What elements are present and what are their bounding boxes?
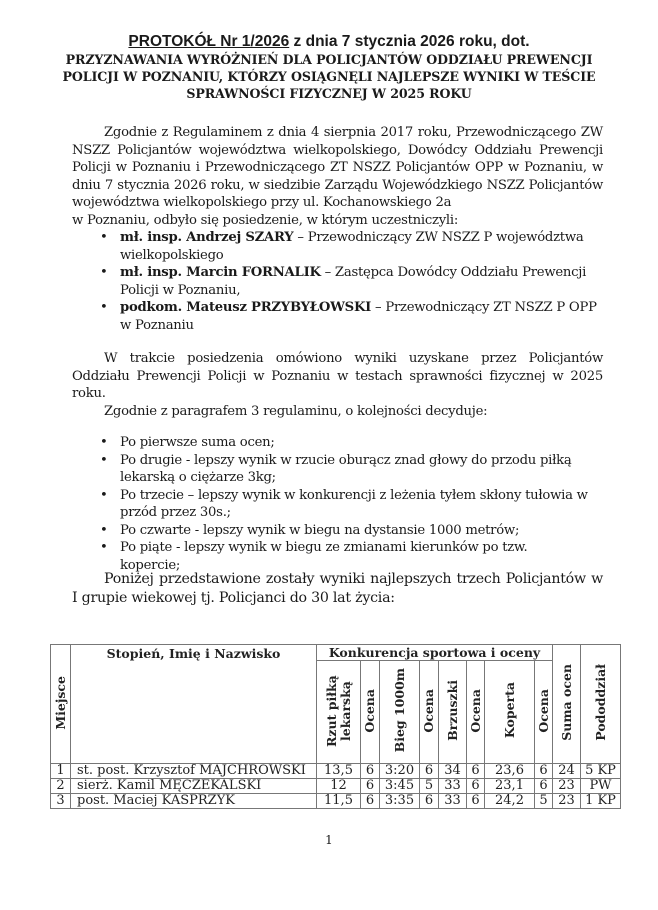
- cell-envelope-grade: 6: [535, 779, 553, 794]
- cell-name: post. Maciej KASPRZYK: [71, 794, 317, 809]
- criteria-item: •Po pierwsze suma ocen;: [100, 434, 588, 452]
- header-sum-label: Suma ocen: [560, 664, 574, 741]
- cell-situps: 33: [439, 794, 467, 809]
- criteria-text: Po piąte - lepszy wynik w biegu ze zmian…: [120, 540, 527, 573]
- bullet-icon: •: [100, 264, 108, 282]
- bullet-icon: •: [100, 539, 108, 557]
- criteria-text: Po trzecie – lepszy wynik w konkurencji …: [120, 488, 588, 521]
- criteria-text: Po pierwsze suma ocen;: [120, 435, 275, 450]
- cell-run: 3:20: [380, 764, 420, 779]
- cell-run-grade: 5: [420, 779, 439, 794]
- participant-name: mł. insp. Andrzej SZARY: [120, 230, 293, 245]
- page-number: 1: [0, 833, 658, 847]
- cell-place: 1: [51, 764, 71, 779]
- results-table: Miejsce Stopień, Imię i Nazwisko Konkure…: [50, 644, 621, 809]
- cell-situps-grade: 6: [467, 764, 485, 779]
- cell-run-grade: 6: [420, 764, 439, 779]
- subtitle-line: SPRAWNOŚCI FIZYCZNEJ W 2025 ROKU: [0, 85, 658, 102]
- participant-name: mł. insp. Marcin FORNALIK: [120, 265, 321, 280]
- header-run: Bieg 1000m: [380, 661, 420, 764]
- discussion-text: W trakcie posiedzenia omówiono wyniki uz…: [72, 351, 603, 401]
- header-ball-label: Rzut piłką lekarską: [325, 671, 353, 751]
- criteria-intro-text: Zgodnie z paragrafem 3 regulaminu, o kol…: [104, 404, 487, 419]
- protocol-number: PROTOKÓŁ Nr 1/2026: [128, 33, 289, 50]
- header-situps-label: Brzuszki: [446, 680, 460, 741]
- header-grade-label: Ocena: [422, 689, 436, 733]
- cell-envelope: 23,6: [485, 764, 535, 779]
- cell-unit: 5 KP: [581, 764, 621, 779]
- results-intro: Poniżej przedstawione zostały wyniki naj…: [72, 570, 603, 608]
- cell-unit: PW: [581, 779, 621, 794]
- header-run-label: Bieg 1000m: [393, 668, 407, 752]
- discussion-paragraph: W trakcie posiedzenia omówiono wyniki uz…: [72, 350, 603, 403]
- criteria-intro: Zgodnie z paragrafem 3 regulaminu, o kol…: [72, 403, 603, 421]
- subtitle-line: POLICJI W POZNANIU, KTÓRZY OSIĄGNĘLI NAJ…: [0, 68, 658, 85]
- protocol-date: z dnia 7 stycznia 2026 roku, dot.: [289, 33, 529, 50]
- header-grade: Ocena: [361, 661, 380, 764]
- header-sum: Suma ocen: [553, 645, 581, 764]
- header-unit: Pododdział: [581, 645, 621, 764]
- cell-envelope: 24,2: [485, 794, 535, 809]
- criteria-text: Po drugie - lepszy wynik w rzucie oburąc…: [120, 453, 572, 486]
- bullet-icon: •: [100, 522, 108, 540]
- participant-item: •mł. insp. Marcin FORNALIK – Zastępca Do…: [100, 264, 600, 299]
- cell-situps: 34: [439, 764, 467, 779]
- cell-run: 3:45: [380, 779, 420, 794]
- cell-sum: 24: [553, 764, 581, 779]
- criteria-list: •Po pierwsze suma ocen; •Po drugie - lep…: [100, 434, 588, 574]
- header-envelope-label: Koperta: [503, 682, 517, 738]
- bullet-icon: •: [100, 487, 108, 505]
- participant-item: •mł. insp. Andrzej SZARY – Przewodnicząc…: [100, 229, 600, 264]
- participants-list: •mł. insp. Andrzej SZARY – Przewodnicząc…: [100, 229, 600, 334]
- cell-situps-grade: 6: [467, 794, 485, 809]
- subtitle-line: PRZYZNAWANIA WYRÓŻNIEŃ DLA POLICJANTÓW O…: [0, 51, 658, 68]
- header-place-label: Miejsce: [54, 676, 68, 730]
- cell-situps: 33: [439, 779, 467, 794]
- header-group: Konkurencja sportowa i oceny: [317, 645, 553, 661]
- cell-envelope: 23,1: [485, 779, 535, 794]
- cell-situps-grade: 6: [467, 779, 485, 794]
- intro-last-line: w Poznaniu, odbyło się posiedzenie, w kt…: [72, 212, 603, 230]
- header-envelope: Koperta: [485, 661, 535, 764]
- cell-sum: 23: [553, 779, 581, 794]
- participant-name: podkom. Mateusz PRZYBYŁOWSKI: [120, 300, 371, 315]
- results-intro-text: Poniżej przedstawione zostały wyniki naj…: [72, 571, 603, 606]
- header-grade-label: Ocena: [537, 689, 551, 733]
- document-title: PROTOKÓŁ Nr 1/2026 z dnia 7 stycznia 202…: [0, 33, 658, 102]
- participant-item: •podkom. Mateusz PRZYBYŁOWSKI – Przewodn…: [100, 299, 600, 334]
- bullet-icon: •: [100, 452, 108, 470]
- header-grade-label: Ocena: [469, 689, 483, 733]
- header-grade-label: Ocena: [363, 689, 377, 733]
- criteria-item: •Po czwarte - lepszy wynik w biegu na dy…: [100, 522, 588, 540]
- table-row: 3post. Maciej KASPRZYK11,563:35633624,25…: [51, 794, 621, 809]
- cell-place: 2: [51, 779, 71, 794]
- cell-run: 3:35: [380, 794, 420, 809]
- cell-ball: 11,5: [317, 794, 361, 809]
- intro-text: Zgodnie z Regulaminem z dnia 4 sierpnia …: [72, 125, 603, 210]
- criteria-item: •Po trzecie – lepszy wynik w konkurencji…: [100, 487, 588, 522]
- bullet-icon: •: [100, 434, 108, 452]
- table-row: 2sierż. Kamil MĘCZEKALSKI1263:45533623,1…: [51, 779, 621, 794]
- header-ball: Rzut piłką lekarską: [317, 661, 361, 764]
- cell-ball-grade: 6: [361, 764, 380, 779]
- header-place: Miejsce: [51, 645, 71, 764]
- cell-ball: 12: [317, 779, 361, 794]
- bullet-icon: •: [100, 299, 108, 317]
- cell-ball-grade: 6: [361, 779, 380, 794]
- criteria-item: •Po piąte - lepszy wynik w biegu ze zmia…: [100, 539, 588, 574]
- header-grade: Ocena: [535, 661, 553, 764]
- cell-sum: 23: [553, 794, 581, 809]
- cell-name: sierż. Kamil MĘCZEKALSKI: [71, 779, 317, 794]
- intro-paragraph: Zgodnie z Regulaminem z dnia 4 sierpnia …: [72, 124, 603, 229]
- cell-envelope-grade: 6: [535, 764, 553, 779]
- cell-ball-grade: 6: [361, 794, 380, 809]
- header-situps: Brzuszki: [439, 661, 467, 764]
- cell-ball: 13,5: [317, 764, 361, 779]
- cell-unit: 1 KP: [581, 794, 621, 809]
- criteria-text: Po czwarte - lepszy wynik w biegu na dys…: [120, 523, 519, 538]
- bullet-icon: •: [100, 229, 108, 247]
- cell-place: 3: [51, 794, 71, 809]
- protocol-heading: PROTOKÓŁ Nr 1/2026 z dnia 7 stycznia 202…: [0, 33, 658, 51]
- header-unit-label: Pododdział: [594, 664, 608, 741]
- cell-name: st. post. Krzysztof MAJCHROWSKI: [71, 764, 317, 779]
- criteria-item: •Po drugie - lepszy wynik w rzucie oburą…: [100, 452, 588, 487]
- table-row: 1st. post. Krzysztof MAJCHROWSKI13,563:2…: [51, 764, 621, 779]
- header-grade: Ocena: [420, 661, 439, 764]
- cell-run-grade: 6: [420, 794, 439, 809]
- header-grade: Ocena: [467, 661, 485, 764]
- cell-envelope-grade: 5: [535, 794, 553, 809]
- header-name: Stopień, Imię i Nazwisko: [71, 645, 317, 764]
